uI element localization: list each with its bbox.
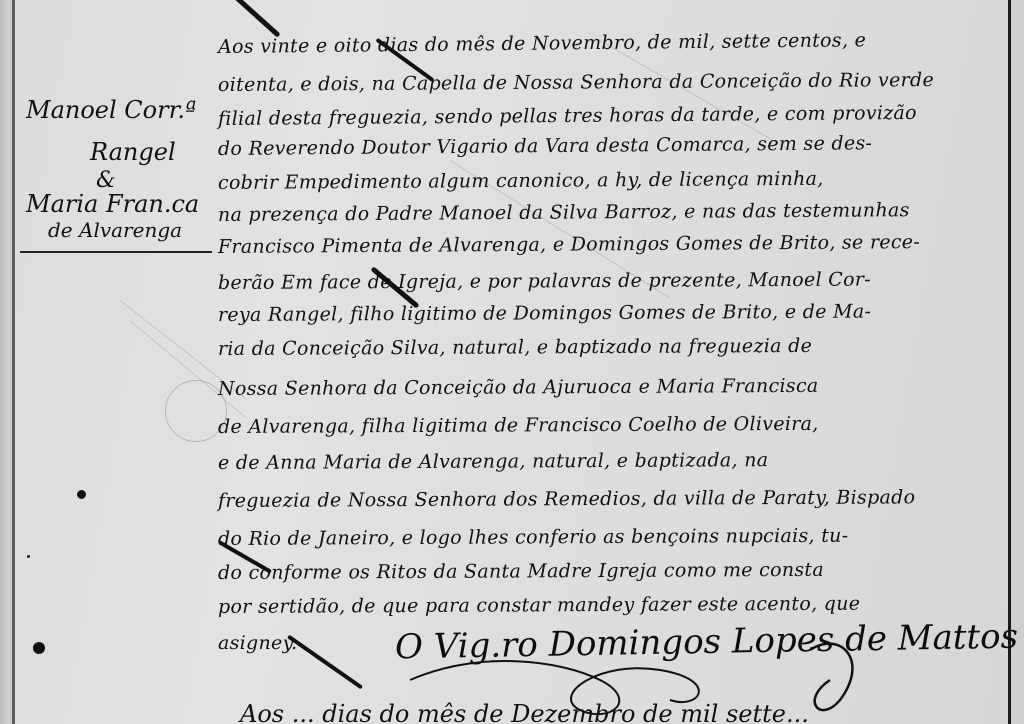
next-entry-fragment: Aos ... dias do mês de Dezembro de mil s… [240, 700, 809, 724]
ink-dot [27, 555, 30, 558]
record-line: Nossa Senhora da Conceição da Ajuruoca e… [218, 375, 819, 400]
record-line: por sertidão, de que para constar mandey… [218, 593, 860, 618]
record-line: reya Rangel, filho ligitimo de Domingos … [218, 301, 871, 326]
ink-strike [225, 0, 280, 38]
record-line: do Reverendo Doutor Vigario da Vara dest… [218, 132, 872, 160]
record-line: ria da Conceição Silva, natural, e bapti… [218, 335, 812, 360]
margin-groom-surname: Rangel [90, 138, 176, 166]
margin-groom-first-name: Manoel Corr.ª [26, 96, 196, 124]
record-line: freguezia de Nossa Senhora dos Remedios,… [218, 486, 915, 512]
record-line: cobrir Empedimento algum canonico, a hy,… [218, 168, 824, 194]
margin-bride-surname: de Alvarenga [48, 218, 182, 242]
record-line: asigney. [218, 632, 297, 654]
record-line: do conforme os Ritos da Santa Madre Igre… [218, 559, 824, 584]
manuscript-page: Manoel Corr.ª Rangel & Maria Fran.ca de … [0, 0, 1024, 724]
record-line: e de Anna Maria de Alvarenga, natural, e… [218, 449, 768, 474]
margin-bride-first-name: Maria Fran.ca [26, 190, 199, 218]
ink-strike [287, 635, 363, 690]
record-line: na prezença do Padre Manoel da Silva Bar… [218, 199, 910, 226]
record-line: de Alvarenga, filha ligitima de Francisc… [218, 413, 819, 438]
record-line: filial desta freguezia, sendo pellas tre… [218, 102, 917, 130]
right-page-edge [1011, 0, 1024, 724]
record-line: oitenta, e dois, na Capella de Nossa Sen… [218, 69, 934, 96]
ink-blot [77, 490, 86, 499]
record-line: berão Em face de Igreja, e por palavras … [218, 269, 871, 294]
record-line: do Rio de Janeiro, e logo lhes conferio … [218, 525, 849, 550]
record-line: Aos vinte e oito dias do mês de Novembro… [218, 29, 866, 58]
record-line: Francisco Pimenta de Alvarenga, e Doming… [218, 231, 920, 258]
left-margin-rule [12, 0, 15, 724]
margin-underline [20, 251, 212, 253]
ink-blot [33, 642, 45, 654]
